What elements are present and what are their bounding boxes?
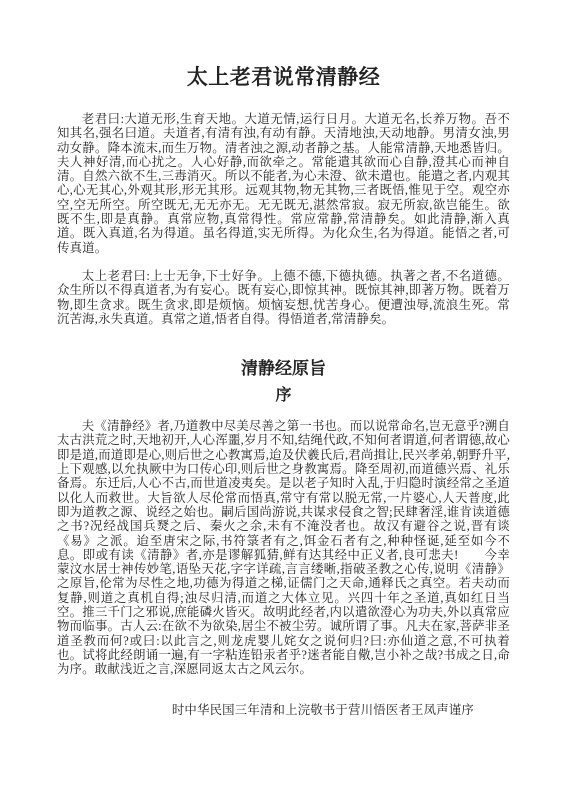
- document-page: 太上老君说常清静经 老君曰:大道无形,生育天地。大道无情,运行日月。大道无名,长…: [0, 0, 566, 800]
- preface-body: 夫《清静经》者,乃道教中尽美尽善之第一书也。而以说常命名,岂无意乎?溯自太古洪荒…: [57, 419, 510, 676]
- scripture-paragraph-2: 太上老君曰:上士无争,下士好争。上德不德,下德执德。执著之者,不名道德。众生所以…: [57, 269, 510, 326]
- section-heading: 清静经原旨: [57, 358, 510, 380]
- document-title: 太上老君说常清静经: [57, 64, 510, 90]
- preface-heading: 序: [57, 386, 510, 406]
- scripture-paragraph-1: 老君曰:大道无形,生育天地。大道无情,运行日月。大道无名,长养万物。吾不知其名,…: [57, 112, 510, 255]
- preface-signature: 时中华民国三年清和上浣敬书于营川悟医者王凤声谨序: [57, 703, 510, 718]
